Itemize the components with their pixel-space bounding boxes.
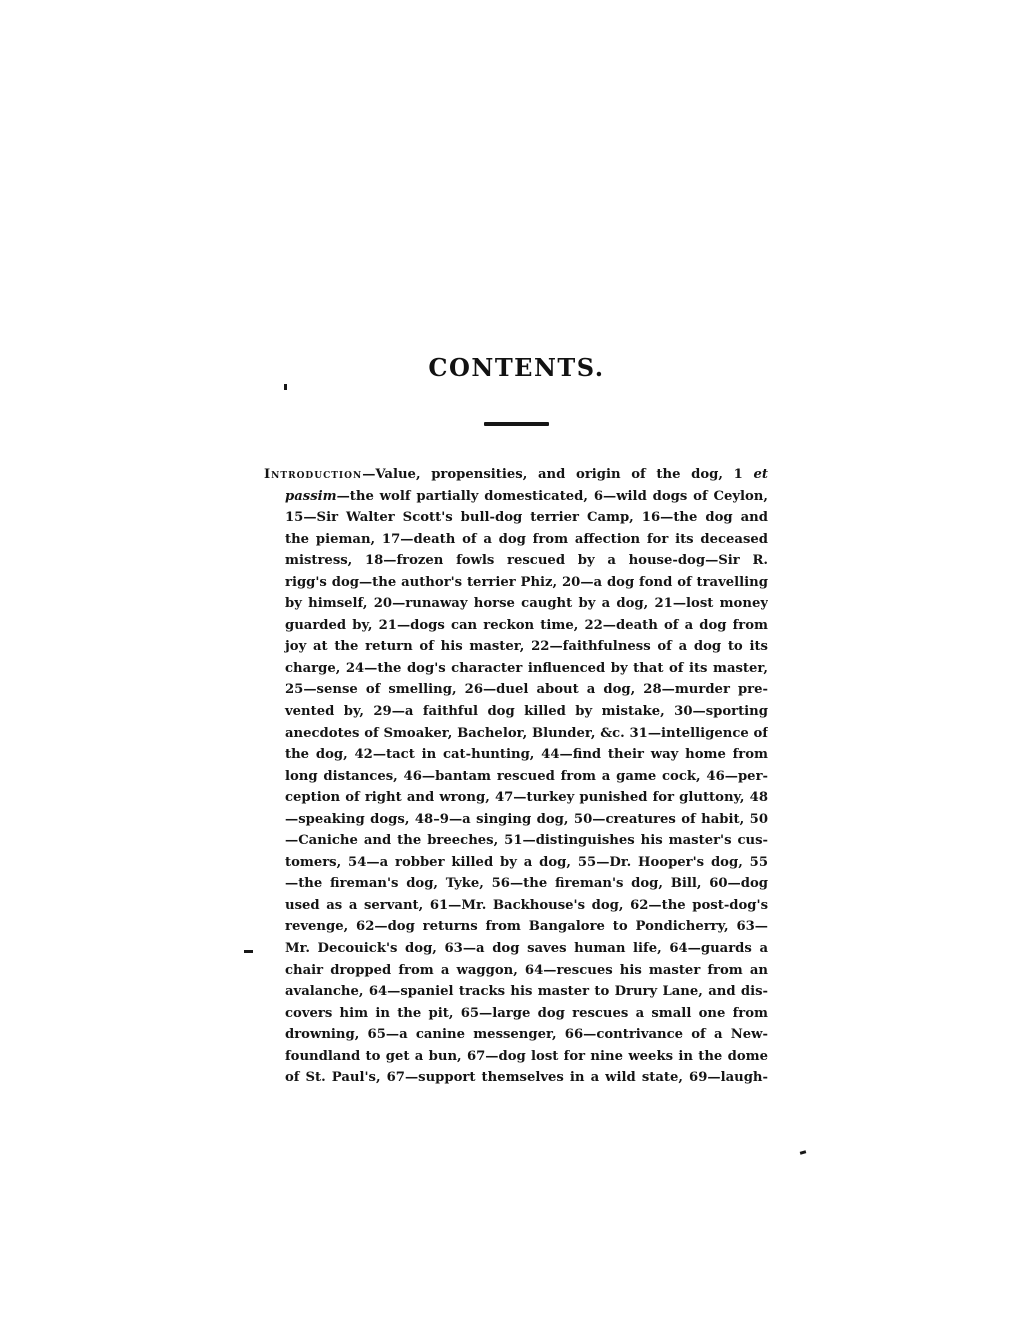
toc-line: chair dropped from a waggon, 64—rescues … (264, 960, 768, 982)
toc-line: —Caniche and the breeches, 51—distinguis… (264, 830, 768, 852)
toc-line: 15—Sir Walter Scott's bull-dog terrier C… (264, 507, 768, 529)
toc-line: covers him in the pit, 65—large dog resc… (264, 1003, 768, 1025)
ink-speck (800, 1150, 807, 1154)
toc-line: Introduction—Value, propensities, and or… (264, 464, 768, 486)
toc-line: revenge, 62—dog returns from Bangalore t… (264, 916, 768, 938)
toc-line: of St. Paul's, 67—support themselves in … (264, 1067, 768, 1089)
toc-line: avalanche, 64—spaniel tracks his master … (264, 981, 768, 1003)
toc-line: ception of right and wrong, 47—turkey pu… (264, 787, 768, 809)
toc-line: the dog, 42—tact in cat-hunting, 44—find… (264, 744, 768, 766)
stray-ink-tick (284, 384, 287, 390)
toc-line: long distances, 46—bantam rescued from a… (264, 766, 768, 788)
toc-line: by himself, 20—runaway horse caught by a… (264, 593, 768, 615)
toc-line: —the fireman's dog, Tyke, 56—the fireman… (264, 873, 768, 895)
contents-lines: Introduction—Value, propensities, and or… (264, 464, 768, 1089)
page-title: CONTENTS. (0, 353, 1033, 382)
toc-line: Mr. Decouick's dog, 63—a dog saves human… (264, 938, 768, 960)
toc-line: mistress, 18—frozen fowls rescued by a h… (264, 550, 768, 572)
title-divider-rule (484, 422, 549, 426)
toc-line: joy at the return of his master, 22—fait… (264, 636, 768, 658)
book-page: CONTENTS. Introduction—Value, propensiti… (0, 0, 1033, 1339)
toc-line: drowning, 65—a canine messenger, 66—cont… (264, 1024, 768, 1046)
toc-line: tomers, 54—a robber killed by a dog, 55—… (264, 852, 768, 874)
margin-pencil-dash (244, 950, 253, 953)
toc-line: —speaking dogs, 48–9—a singing dog, 50—c… (264, 809, 768, 831)
toc-line: vented by, 29—a faithful dog killed by m… (264, 701, 768, 723)
toc-line: rigg's dog—the author's terrier Phiz, 20… (264, 572, 768, 594)
toc-line: foundland to get a bun, 67—dog lost for … (264, 1046, 768, 1068)
toc-line: charge, 24—the dog's character influence… (264, 658, 768, 680)
contents-paragraph: Introduction—Value, propensities, and or… (264, 464, 768, 1089)
toc-line: the pieman, 17—death of a dog from affec… (264, 529, 768, 551)
toc-line: guarded by, 21—dogs can reckon time, 22—… (264, 615, 768, 637)
toc-line: 25—sense of smelling, 26—duel about a do… (264, 679, 768, 701)
toc-line: anecdotes of Smoaker, Bachelor, Blunder,… (264, 723, 768, 745)
toc-line: passim—the wolf partially domesticated, … (264, 486, 768, 508)
toc-line: used as a servant, 61—Mr. Backhouse's do… (264, 895, 768, 917)
